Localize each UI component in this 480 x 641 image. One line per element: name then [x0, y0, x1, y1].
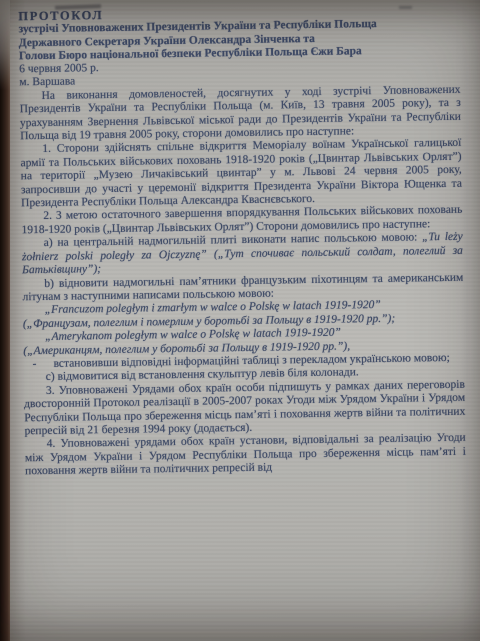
- book-edge: [0, 0, 10, 641]
- document-photo: ПРОТОКОЛ зустрічі Уповноважених Президен…: [0, 0, 480, 641]
- dash-marker: -: [23, 358, 53, 372]
- protocol-document: ПРОТОКОЛ зустрічі Уповноважених Президен…: [18, 4, 466, 479]
- point-1-paragraph: 1. Сторони здійснять спільне відкриття М…: [20, 137, 462, 211]
- item-a-paragraph: а) на центральній надмогильній плиті вик…: [22, 231, 464, 278]
- intro-paragraph: На виконання домовленостей, досягнутих у…: [19, 84, 461, 144]
- point-4-paragraph: 4. Уповноважені урядами обох країн устан…: [25, 432, 467, 479]
- point-3-paragraph: 3. Уповноважені Урядами обох країн особи…: [24, 378, 466, 438]
